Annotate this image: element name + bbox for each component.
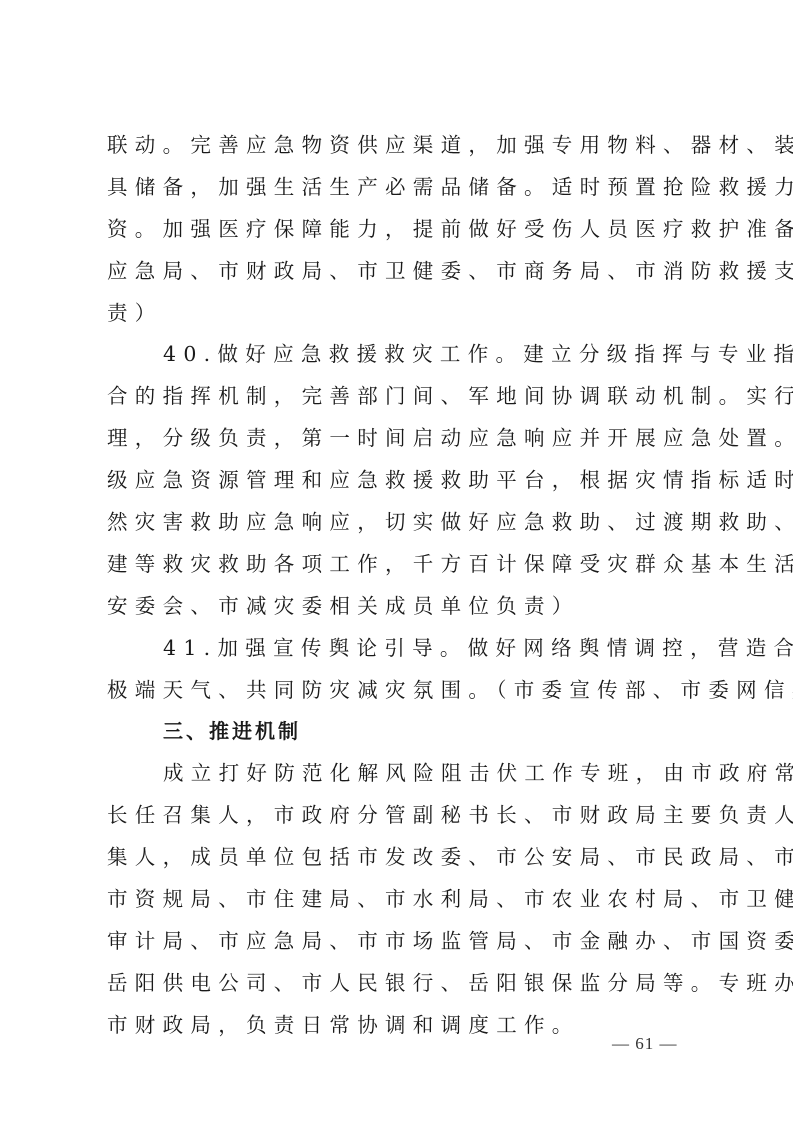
paragraph-line: 长任召集人，市政府分管副秘书长、市财政局主要负责人任副召	[107, 795, 693, 837]
section-heading: 三、推进机制	[107, 711, 693, 753]
paragraph-line: 资。加强医疗保障能力，提前做好受伤人员医疗救护准备。（市	[107, 209, 693, 251]
paragraph-line: 应急局、市财政局、市卫健委、市商务局、市消防救援支队等负	[107, 251, 693, 293]
paragraph-line: 市资规局、市住建局、市水利局、市农业农村局、市卫健委、市	[107, 879, 693, 921]
paragraph-line: 市财政局，负责日常协调和调度工作。	[107, 1005, 693, 1047]
document-body: 联动。完善应急物资供应渠道，加强专用物料、器材、装备、工 具储备，加强生活生产必…	[107, 125, 693, 1047]
paragraph-line: 级应急资源管理和应急救援救助平台，根据灾情指标适时启动自	[107, 460, 693, 502]
paragraph-line: 具储备，加强生活生产必需品储备。适时预置抢险救援力量和物	[107, 167, 693, 209]
paragraph-line: 联动。完善应急物资供应渠道，加强专用物料、器材、装备、工	[107, 125, 693, 167]
paragraph-line: 合的指挥机制，完善部门间、军地间协调联动机制。实行分类管	[107, 376, 693, 418]
item-40-line: 40.做好应急救援救灾工作。建立分级指挥与专业指挥相结	[107, 334, 693, 376]
paragraph-line: 然灾害救助应急响应，切实做好应急救助、过渡期救助、灾后重	[107, 502, 693, 544]
document-page: 联动。完善应急物资供应渠道，加强专用物料、器材、装备、工 具储备，加强生活生产必…	[0, 0, 793, 1122]
paragraph-line: 安委会、市减灾委相关成员单位负责）	[107, 586, 693, 628]
paragraph-line: 理，分级负责，第一时间启动应急响应并开展应急处置。用好各	[107, 418, 693, 460]
paragraph-line: 集人，成员单位包括市发改委、市公安局、市民政局、市财政局、	[107, 837, 693, 879]
item-41-line: 41.加强宣传舆论引导。做好网络舆情调控，营造合力应对	[107, 628, 693, 670]
paragraph-line: 岳阳供电公司、市人民银行、岳阳银保监分局等。专班办公室设	[107, 963, 693, 1005]
paragraph-line: 成立打好防范化解风险阻击伏工作专班，由市政府常务副市	[107, 753, 693, 795]
paragraph-line: 责）	[107, 293, 693, 335]
page-number: — 61 —	[612, 1034, 678, 1054]
paragraph-line: 极端天气、共同防灾减灾氛围。（市委宣传部、市委网信办负责）	[107, 670, 693, 712]
paragraph-line: 审计局、市应急局、市市场监管局、市金融办、市国资委、国网	[107, 921, 693, 963]
paragraph-line: 建等救灾救助各项工作，千方百计保障受灾群众基本生活。（市	[107, 544, 693, 586]
